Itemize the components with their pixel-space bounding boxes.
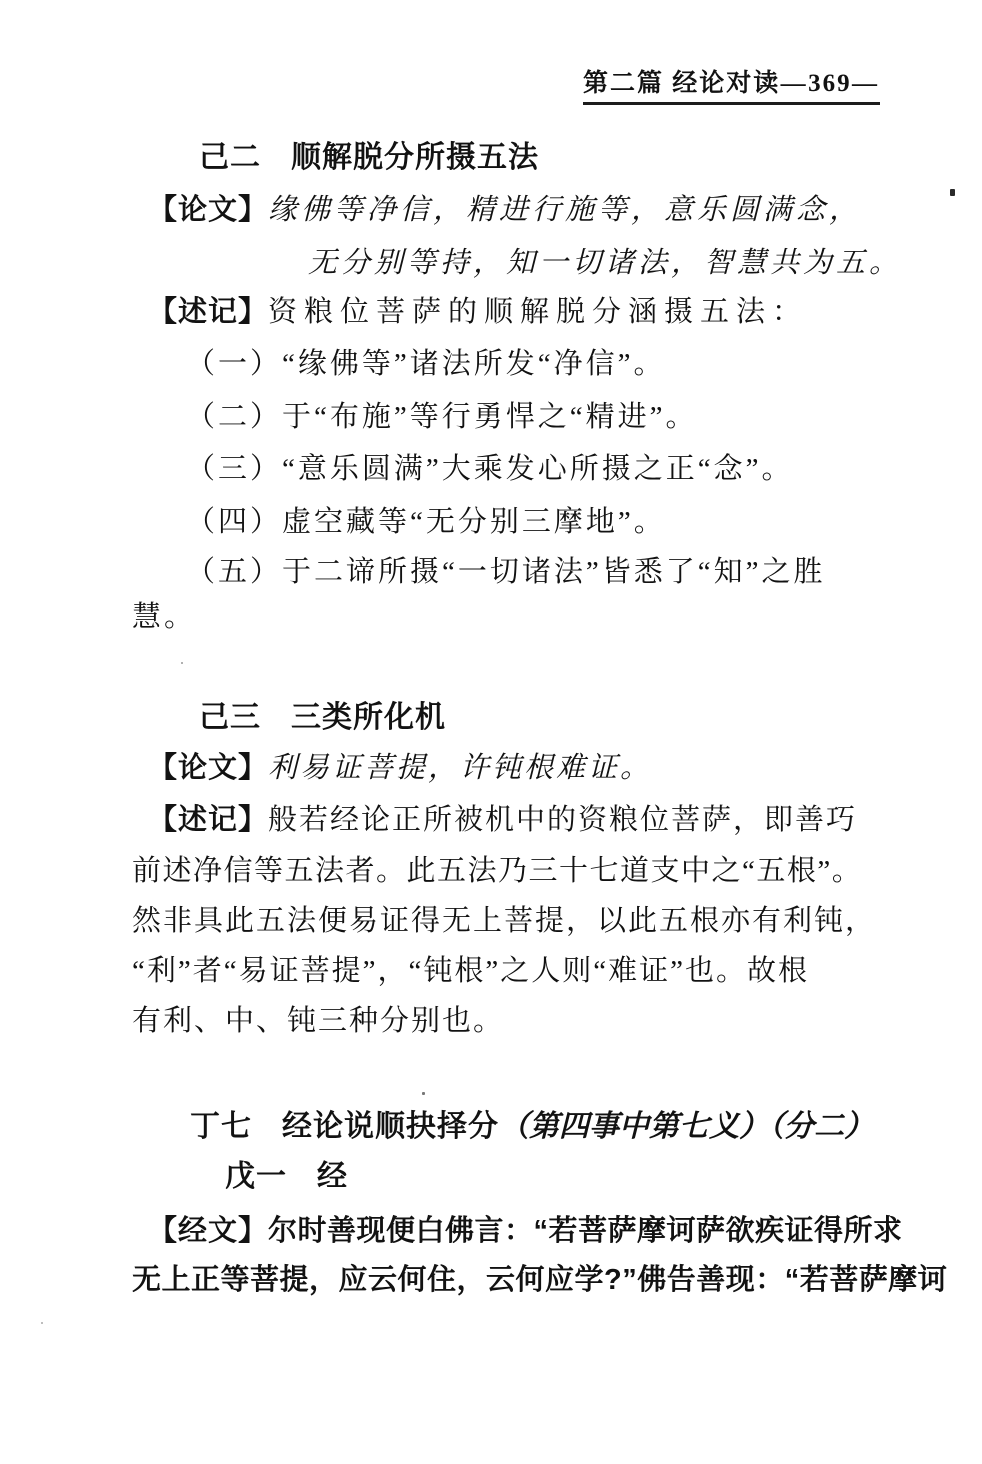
- section-title: 顺解脱分所摄五法: [291, 141, 539, 174]
- section-note: （第四事中第七义）（分二）: [499, 1110, 874, 1143]
- book-page: 第二篇 经论对读 — 369 — 己二顺解脱分所摄五法 【论文】缘佛等净信，精进…: [0, 0, 982, 1464]
- list-item-3: （三）“意乐圆满”大乘发心所摄之正“念”。: [186, 453, 794, 486]
- lunwen-label: 【论文】: [148, 752, 268, 784]
- scan-speck: [950, 189, 955, 196]
- header-dash-right: —: [852, 70, 879, 99]
- page-number: 369: [808, 70, 852, 99]
- list-item-1: （一）“缘佛等”诸法所发“净信”。: [186, 348, 666, 381]
- section-title: 经: [317, 1160, 348, 1193]
- jingwen-text: 尔时善现便白佛言：“若菩萨摩诃萨欲疾证得所求: [268, 1215, 903, 1247]
- shuji-line-5: 有利、中、钝三种分别也。: [132, 1005, 504, 1038]
- section-heading-wu1: 戊一经: [225, 1160, 348, 1195]
- header-dash-left: —: [781, 70, 808, 99]
- section-number: 丁七: [190, 1110, 252, 1143]
- section-heading-ding7: 丁七经论说顺抉择分（第四事中第七义）（分二）: [190, 1110, 874, 1145]
- lunwen-line-1: 【论文】缘佛等净信，精进行施等，意乐圆满念，: [148, 194, 862, 227]
- section-heading-ji3: 己三三类所化机: [199, 701, 446, 736]
- section-number: 己三: [199, 701, 261, 734]
- scan-speck: [41, 1322, 43, 1324]
- lunwen-line-2: 无分别等持，知一切诸法，智慧共为五。: [308, 247, 902, 280]
- jingwen-label: 【经文】: [148, 1215, 268, 1247]
- list-item-5-line-2: 慧。: [132, 601, 196, 634]
- scan-speck: [422, 1092, 425, 1095]
- section-title: 三类所化机: [291, 701, 446, 734]
- lunwen-line: 【论文】利易证菩提，许钝根难证。: [148, 752, 652, 785]
- section-heading-ji2: 己二顺解脱分所摄五法: [199, 141, 539, 176]
- list-item-5-line-1: （五）于二谛所摄“一切诸法”皆悉了“知”之胜: [186, 556, 826, 589]
- shuji-label: 【述记】: [148, 296, 268, 328]
- section-title: 经论说顺抉择分: [282, 1110, 499, 1143]
- list-item-2: （二）于“布施”等行勇悍之“精进”。: [186, 401, 698, 434]
- shuji-line-4: “利”者“易证菩提”，“钝根”之人则“难证”也。故根: [132, 955, 809, 988]
- page-header: 第二篇 经论对读 — 369 —: [583, 70, 879, 99]
- shuji-line-1: 【述记】般若经论正所被机中的资粮位菩萨，即善巧: [148, 804, 857, 837]
- lunwen-text: 利易证菩提，许钝根难证。: [268, 752, 652, 784]
- lunwen-text: 缘佛等净信，精进行施等，意乐圆满念，: [268, 194, 862, 226]
- shuji-line-3: 然非具此五法便易证得无上菩提，以此五根亦有利钝，: [132, 905, 876, 938]
- shuji-line-2: 前述净信等五法者。此五法乃三十七道支中之“五根”。: [132, 855, 862, 888]
- lunwen-label: 【论文】: [148, 194, 268, 226]
- shuji-intro-text: 资粮位菩萨的顺解脱分涵摄五法：: [268, 296, 808, 328]
- jingwen-line-2: 无上正等菩提，应云何住，云何应学?”佛告善现：“若菩萨摩诃: [132, 1264, 947, 1297]
- jingwen-line-1: 【经文】尔时善现便白佛言：“若菩萨摩诃萨欲疾证得所求: [148, 1215, 903, 1248]
- shuji-label: 【述记】: [148, 804, 268, 836]
- list-item-4: （四）虚空藏等“无分别三摩地”。: [186, 506, 666, 539]
- header-title: 第二篇 经论对读: [583, 70, 780, 99]
- scan-speck: [181, 662, 183, 664]
- shuji-intro-line: 【述记】资粮位菩萨的顺解脱分涵摄五法：: [148, 296, 808, 329]
- section-number: 己二: [199, 141, 261, 174]
- shuji-text: 般若经论正所被机中的资粮位菩萨，即善巧: [268, 804, 857, 836]
- header-rule: [583, 102, 880, 105]
- section-number: 戊一: [225, 1160, 287, 1193]
